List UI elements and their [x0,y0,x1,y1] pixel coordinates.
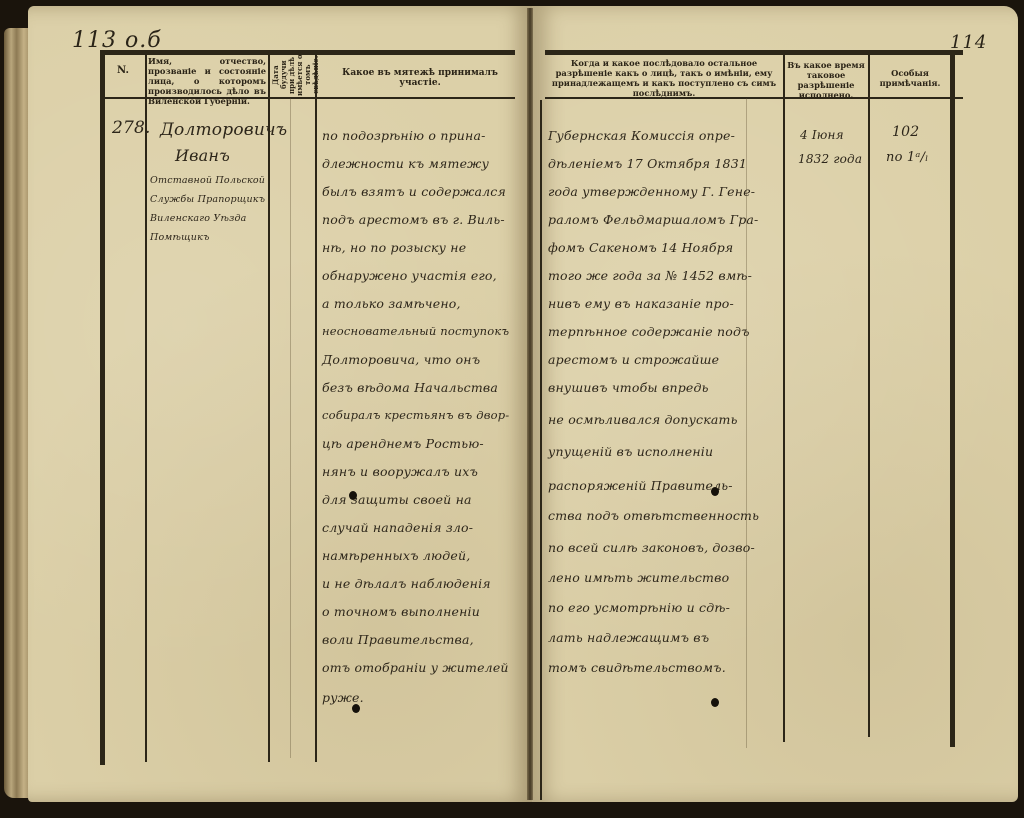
participation-line: длежности къ мятежу [322,156,489,171]
participation-line: нянъ и вооружалъ ихъ [322,464,478,479]
name-line: Долторовичъ [160,120,287,140]
faint-rule [290,98,291,758]
participation-line: и не дѣлалъ наблюденія [322,576,491,591]
column-rule [783,52,785,742]
participation-line: безъ вѣдома Начальства [322,380,498,395]
right-border-rule [950,52,955,747]
header-executed: Въ какое время таковое разрѣшеніе исполн… [786,60,866,100]
resolution-line: нивъ ему въ наказаніе про- [548,296,734,311]
participation-line: Долторовича, что онъ [322,352,480,367]
participation-line: обнаружено участія его, [322,268,497,283]
header-notes: Особыя примѣчанія. [871,68,949,88]
header-number: N. [102,66,144,76]
resolution-line: лать надлежащимъ въ [548,630,709,645]
participation-line: по подозрѣнію о прина- [322,128,486,143]
resolution-line: по его усмотрѣнію и сдѣ- [548,600,730,615]
header-top-rule-right [545,50,963,55]
participation-line: для защиты своей на [322,492,472,507]
name-line: Помѣщикъ [150,232,210,243]
participation-line: случай нападенія зло- [322,520,473,535]
participation-line: подъ арестомъ въ г. Виль- [322,212,505,227]
header-resolution: Когда и какое послѣдовало остальное разр… [545,58,783,98]
resolution-line: Губернская Комиссія опре- [548,128,735,143]
resolution-line: не осмѣливался допускать [548,412,738,427]
resolution-line: упущеній въ исполненіи [548,444,713,459]
ink-blot [349,491,357,500]
header-name: Имя, отчество, прозваніе и состояніе лиц… [148,56,266,106]
participation-line: намѣренныхъ людей, [322,548,470,563]
column-rule [268,52,270,762]
resolution-line: того же года за № 1452 вмѣ- [548,268,752,283]
participation-line: неосновательный поступокъ [322,324,509,338]
resolution-line: распоряженій Правитель- [548,478,733,493]
participation-line: отъ отобраніи у жителей [322,660,509,675]
header-date: Дата будучи при дѣлѣ имѣется о томъ свѣд… [272,54,312,96]
book-gutter [527,8,533,800]
executed-line: 4 Іюня [800,128,844,142]
resolution-line: лено имѣть жительство [548,570,729,585]
participation-line: руже. [322,690,364,705]
column-rule [315,52,317,762]
resolution-line: по всей силѣ законовъ, дозво- [548,540,755,555]
entry-number: 278. [112,118,151,138]
notes-line: по 1ᵃ/ₗ [886,150,928,165]
ink-blot [352,704,360,713]
name-line: Отставной Польской [150,175,265,186]
name-line: Службы Прапорщикъ [150,194,265,205]
right-page [532,6,1018,802]
ledger-spread: 113 о.б 114 N. Имя, отчество, прозваніе … [0,0,1024,818]
column-rule [145,52,147,762]
participation-line: собиралъ крестьянъ въ двор- [322,408,509,422]
resolution-line: терпѣнное содержаніе подъ [548,324,750,339]
ink-blot [711,698,719,707]
ink-blot [711,487,719,496]
resolution-line: года утвержденному Г. Гене- [548,184,755,199]
name-line: Иванъ [175,146,230,165]
column-rule [868,52,870,737]
participation-line: а только замѣчено, [322,296,461,311]
resolution-line: внушивъ чтобы впредь [548,380,709,395]
resolution-line: фомъ Сакеномъ 14 Ноября [548,240,733,255]
resolution-line: арестомъ и строжайше [548,352,719,367]
left-border-rule [100,50,105,765]
notes-line: 102 [892,124,919,140]
resolution-line: раломъ Фельдмаршаломъ Гра- [548,212,759,227]
header-participation: Какое въ мятежѣ принималъ участіе. [320,68,520,88]
column-rule [540,100,542,800]
participation-line: о точномъ выполненіи [322,604,480,619]
resolution-line: ства подъ отвѣтственность [548,508,759,523]
participation-line: воли Правительства, [322,632,474,647]
name-line: Виленскаго Уѣзда [150,213,247,224]
resolution-line: дѣленіемъ 17 Октября 1831 [548,156,747,171]
participation-line: цѣ аренднемъ Ростью- [322,436,484,451]
executed-line: 1832 года [798,152,862,166]
resolution-line: томъ свидѣтельствомъ. [548,660,726,675]
participation-line: былъ взятъ и содержался [322,184,506,199]
participation-line: нѣ, но по розыску не [322,240,466,255]
